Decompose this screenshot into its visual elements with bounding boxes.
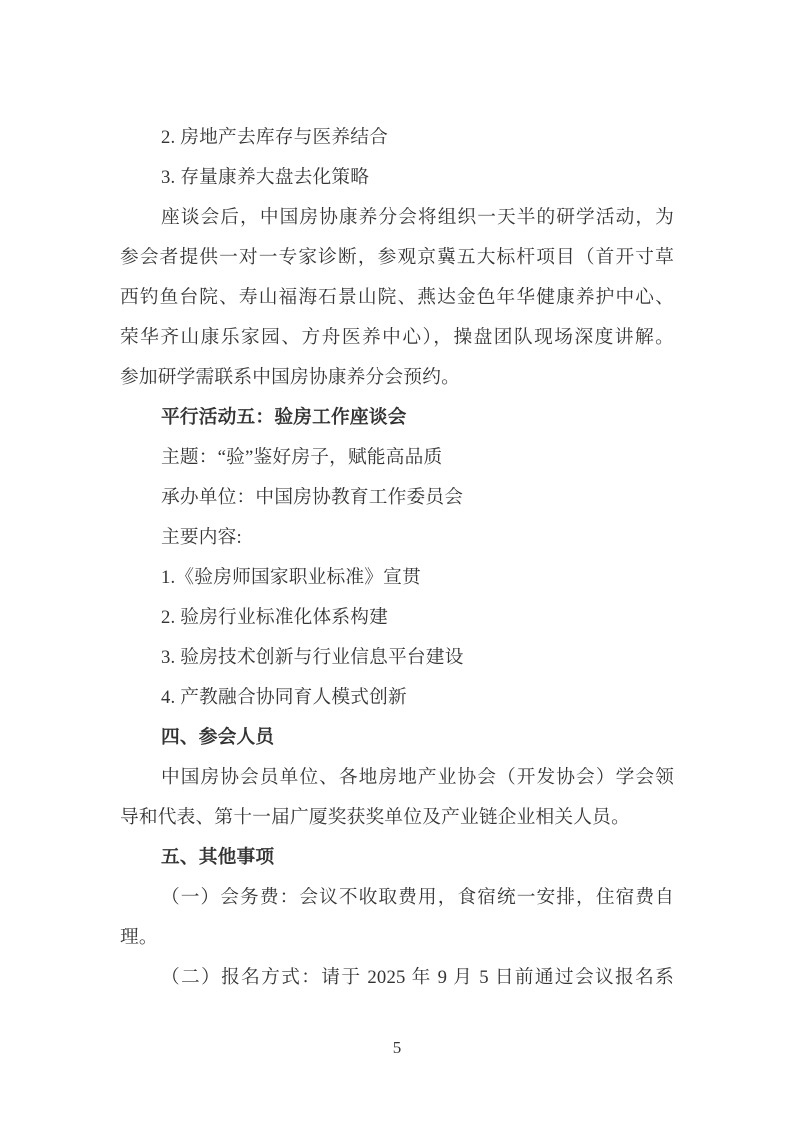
document-line: 中国房协会员单位、各地房地产业协会（开发协会）学会领: [120, 758, 674, 798]
document-line: 3. 存量康养大盘去化策略: [120, 158, 674, 198]
document-line: （二）报名方式：请于 2025 年 9 月 5 日前通过会议报名系: [120, 958, 674, 998]
document-line: 导和代表、第十一届广厦奖获奖单位及产业链企业相关人员。: [120, 798, 674, 838]
document-line: 主题：“验”鉴好房子，赋能高品质: [120, 438, 674, 478]
document-line: 西钓鱼台院、寿山福海石景山院、燕达金色年华健康养护中心、: [120, 278, 674, 318]
document-line: 主要内容:: [120, 518, 674, 558]
document-line: 荣华齐山康乐家园、方舟医养中心），操盘团队现场深度讲解。: [120, 318, 674, 358]
document-body: 2. 房地产去库存与医养结合3. 存量康养大盘去化策略座谈会后，中国房协康养分会…: [120, 118, 674, 998]
document-line: 2. 房地产去库存与医养结合: [120, 118, 674, 158]
document-line: 4. 产教融合协同育人模式创新: [120, 678, 674, 718]
page-number: 5: [0, 1028, 794, 1068]
document-line: 平行活动五：验房工作座谈会: [120, 398, 674, 438]
document-line: 座谈会后，中国房协康养分会将组织一天半的研学活动，为: [120, 198, 674, 238]
document-line: 参会者提供一对一专家诊断，参观京冀五大标杆项目（首开寸草: [120, 238, 674, 278]
document-line: 四、参会人员: [120, 718, 674, 758]
document-line: 参加研学需联系中国房协康养分会预约。: [120, 358, 674, 398]
document-page: 2. 房地产去库存与医养结合3. 存量康养大盘去化策略座谈会后，中国房协康养分会…: [0, 0, 794, 1123]
document-line: 2. 验房行业标准化体系构建: [120, 598, 674, 638]
document-line: 承办单位：中国房协教育工作委员会: [120, 478, 674, 518]
document-line: 五、其他事项: [120, 838, 674, 878]
document-line: 1.《验房师国家职业标准》宣贯: [120, 558, 674, 598]
document-line: 3. 验房技术创新与行业信息平台建设: [120, 638, 674, 678]
document-line: （一）会务费：会议不收取费用，食宿统一安排，住宿费自: [120, 878, 674, 918]
document-line: 理。: [120, 918, 674, 958]
